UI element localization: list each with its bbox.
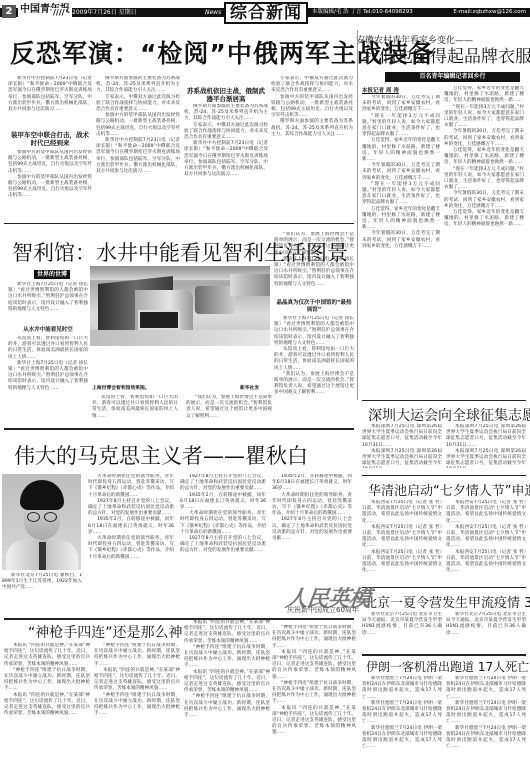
rural-body-2: 万佳觉得，家乡近年的变化是翻天覆地的，村里修了水泥路，新建了楼房，年轻人的精神面…	[444, 86, 524, 395]
chile-body-3: 从馆顶上看，智利馆宛如一口巨大的井，游客可以透过井口看到智利人民的日常生活，体验…	[92, 395, 178, 421]
military-body-2: 参演中方的装甲部队从国内出发经铁路与公路机动，一批新型主战装备亮相，包括99式主…	[8, 150, 92, 216]
shooter-body-4: “神枪手四连”组建于抗日战争时期，在历次战斗中屡立战功。新时期，连队坚持把练兵作…	[272, 625, 356, 761]
chile-body-4: “我们认为，参展上海世博会不是简单的展示，而是一次交流的机会。”智利馆负责人说，…	[186, 395, 272, 421]
chile-photo-credit: 新华社发	[240, 384, 259, 391]
rural-body-1: 今年暑假的30日，万佳考完了期末的考试，回到了家乡安徽农村，看到家乡的变化，万佳…	[362, 95, 440, 395]
military-body-5: 专家表示，中俄双方通过此次演习检验了联合作战指挥与协同能力，对未来反恐合作具有重…	[271, 76, 353, 216]
shooter-body-1: 本报讯 “四连的兵就是神。”在某部“神枪手四连”，这句话流传了几十年。近日，记者…	[4, 643, 90, 761]
iran-body-1: 新华社德黑兰7月24日电 伊朗一架客机24日在伊朗东北部城市马什哈德降落时滑出跑…	[362, 676, 442, 761]
issue-date: 2009年7月26日 星期日	[72, 8, 137, 17]
shenzhen-headline: 深圳大运会向全球征集志愿者口号	[368, 405, 530, 425]
news-tag: News	[205, 8, 221, 17]
divider	[4, 223, 354, 224]
divider	[362, 400, 526, 401]
rural-headline: 我们也穿得起品牌衣服了	[362, 42, 530, 67]
chile-subhead-2: 晶晶真为仅次于中国馆的“最热展馆”	[274, 300, 354, 314]
iran-body-2: 新华社德黑兰7月24日电 伊朗一架客机24日在伊朗东北部城市马什哈德降落时滑出跑…	[446, 676, 526, 761]
qiu-portrait-photo	[2, 474, 81, 570]
qiu-body-2: 1927年8月主持召开党的八七会议，确定了土地革命和武装反抗国民党反动派的总方针…	[180, 474, 266, 599]
shooter-body-3: 本报讯 “四连的兵就是神。”在某部“神枪手四连”，这句话流传了几十年。近日，记者…	[184, 620, 270, 761]
shooter-headline: “神枪手四连”还是那么神	[28, 622, 183, 642]
shooter-body-2: “神枪手四连”组建于抗日战争时期，在历次战斗中屡立战功。新时期，连队坚持把练兵作…	[94, 643, 180, 761]
huaqing-body-2: 本报西安7月25日电（记者 张 哲）日前，华清池景区启动“七夕情人节”申遗活动，…	[446, 500, 526, 580]
chile-body-2: 从馆顶上看，智利馆宛如一口巨大的井，游客可以透过井口看到智利人民的日常生活，体验…	[8, 336, 88, 416]
chile-pavilion-photo	[90, 266, 270, 346]
decorative-slashes: ////	[52, 8, 66, 17]
military-body-4: 俄罗斯方面参演的主要装备为苏系战机，苏-24、苏-25及米系列直升机为主力，其综…	[184, 104, 268, 216]
chile-photo-caption: 上海世博会智利馆效果图。	[92, 384, 150, 391]
people-model-subtitle: 庆祝新中国成立60周年	[287, 605, 359, 615]
chile-subhead-1: 从水井中能看见时空	[8, 326, 88, 334]
divider	[362, 654, 526, 656]
rural-series-band: 百名青年编辑记者回乡行	[385, 72, 520, 82]
qiu-headline: 伟大的马克思主义者——瞿秋白	[14, 440, 308, 470]
military-body-1: 新华社中方控制前7月23日电（记者 徐长银）“和平使命－2009”中俄联合反恐军…	[8, 76, 92, 128]
editor-info: 本版编辑/毛 浩 丁言 Tel:010-64098293	[312, 8, 413, 17]
page-number: 2	[2, 5, 16, 18]
divider	[362, 587, 526, 588]
section-title: 综合新闻	[224, 2, 308, 24]
qiu-photo-caption: 新华社北京7月25日电 瞿秋白，1899年1月生于江苏常州，1922年加入中国共…	[2, 573, 82, 595]
column-divider	[357, 30, 358, 400]
military-subhead-2: 苏系战机依旧主战，俄制武器平台渐居高	[184, 87, 268, 103]
military-subhead-1: 装甲车空中联合打击，战术时代已经到来	[8, 131, 92, 147]
chile-body-1: 新华社上海7月25日电（记者 徐长银）“看过世博智利馆的人都会被馆中这口水井所吸…	[8, 282, 88, 324]
qiu-body-1: 大革命时期担任党的领导职务。青年时代即投身五四运动，曾赴苏俄采访，写下《饿乡纪程…	[88, 474, 174, 599]
beijing-body-1: 新华社北京7月25日电 北京市卫生局今天通报，北京市某夏令营发生甲型H1N1流感…	[362, 612, 442, 652]
chile-body-5: “我们认为，参展上海世博会不是简单的展示，而是一次交流的机会。”智利馆负责人说，…	[274, 232, 354, 298]
military-body-3: 俄罗斯方面参演的主要装备为苏系战机，苏-24、苏-25及米系列直升机为主力，其综…	[96, 76, 180, 216]
shenzhen-body-1: 本报深圳7月25日电 深圳第26届世界大学生夏季运动会执行局日前向全球征集志愿者…	[362, 424, 442, 468]
qiu-body-3: 1935年2月，在转移途中被捕，同年6月18日在福建长汀英勇就义，时年36岁………	[272, 474, 352, 574]
chile-column-tag: 世界的世博	[34, 270, 70, 279]
huaqing-body-1: 本报西安7月25日电（记者 张 哲）日前，华清池景区启动“七夕情人节”申遗活动，…	[362, 500, 442, 580]
chile-body-6: 新华社上海7月25日电（记者 徐长银）“看过世博智利馆的人都会被馆中这口水井所吸…	[274, 316, 354, 421]
divider	[362, 475, 526, 476]
divider	[4, 428, 354, 430]
iran-headline: 伊朗一客机滑出跑道 17人死亡	[366, 658, 529, 675]
beijing-body-2: 新华社北京7月25日电 北京市卫生局今天通报，北京市某夏令营发生甲型H1N1流感…	[446, 612, 526, 652]
shenzhen-body-2: 本报深圳7月25日电 深圳第26届世界大学生夏季运动会执行局日前向全球征集志愿者…	[446, 424, 526, 468]
divider	[4, 618, 354, 620]
beijing-headline: 北京一夏令营发生甲流疫情 36人确诊	[364, 592, 530, 611]
huaqing-headline: 华清池启动“七夕情人节”申遗活动	[368, 480, 530, 499]
rural-byline: 本报记者 周 涛	[362, 86, 399, 94]
contact-email: E-mail:zqbzhxw@126.com	[453, 8, 526, 17]
